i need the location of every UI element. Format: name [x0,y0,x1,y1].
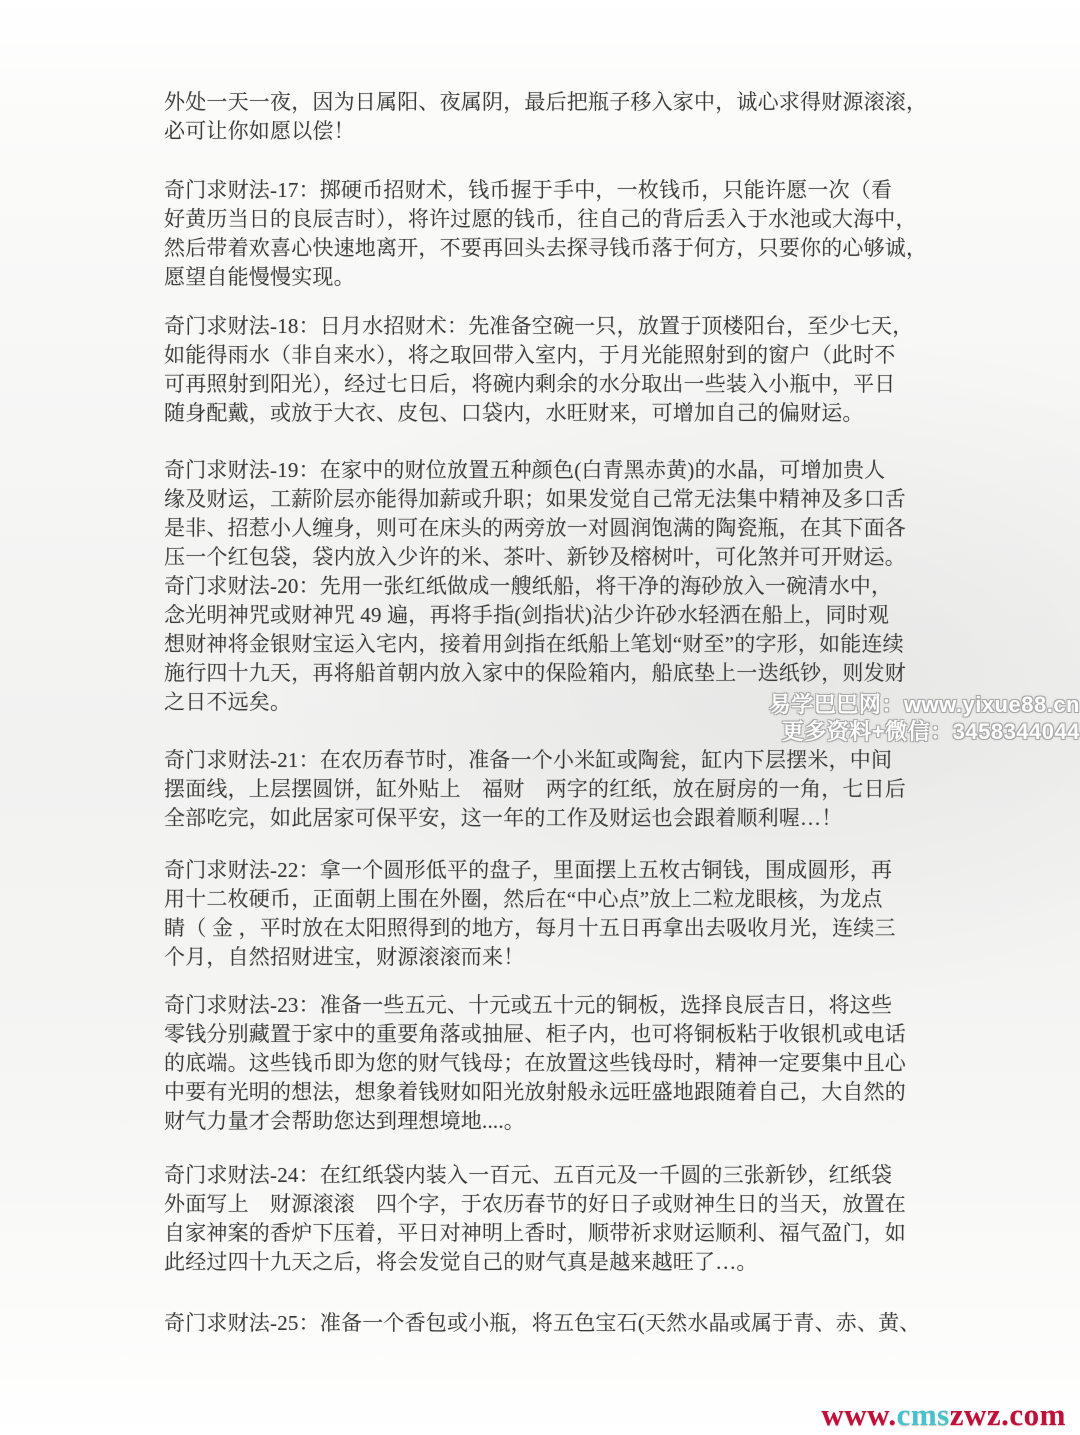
paragraph-method-23: 奇门求财法-23：准备一些五元、十元或五十元的铜板，选择良辰吉日，将这些 零钱分… [164,991,970,1136]
paragraph-intro-continuation: 外处一天一夜，因为日属阳、夜属阴，最后把瓶子移入家中，诚心求得财源滚滚， 必可让… [164,88,970,146]
scanned-document-page: 外处一天一夜，因为日属阳、夜属阴，最后把瓶子移入家中，诚心求得财源滚滚， 必可让… [0,0,1080,1435]
url-segment-zwz-com: zwz.com [950,1397,1066,1432]
paragraph-method-18: 奇门求财法-18：日月水招财术：先准备空碗一只，放置于顶楼阳台，至少七天， 如能… [164,312,970,428]
watermark-site-line: 易学巴巴网：www.yixue88.cn [769,691,1080,718]
url-segment-www: www. [821,1397,896,1432]
paragraph-method-25: 奇门求财法-25：准备一个香包或小瓶，将五色宝石(天然水晶或属于青、赤、黄、 [164,1309,970,1338]
watermark-yixue88: 易学巴巴网：www.yixue88.cn 更多资料+微信：3458344044 [769,691,1080,745]
url-segment-cms: cms [897,1397,950,1432]
paragraph-method-17: 奇门求财法-17：掷硬币招财术，钱币握于手中，一枚钱币，只能许愿一次（看 好黄历… [164,176,970,292]
watermark-wechat-line: 更多资料+微信：3458344044 [769,718,1080,745]
paragraph-method-21: 奇门求财法-21：在农历春节时，准备一个小米缸或陶瓮，缸内下层摆米，中间 摆面线… [164,746,970,833]
footer-site-url: www.cmszwz.com [821,1399,1066,1430]
paragraph-method-22: 奇门求财法-22：拿一个圆形低平的盘子，里面摆上五枚古铜钱，围成圆形，再 用十二… [164,856,970,972]
paragraph-method-19: 奇门求财法-19：在家中的财位放置五种颜色(白青黑赤黄)的水晶，可增加贵人 缘及… [164,456,970,572]
paragraph-method-24: 奇门求财法-24：在红纸袋内装入一百元、五百元及一千圆的三张新钞，红纸袋 外面写… [164,1161,970,1277]
